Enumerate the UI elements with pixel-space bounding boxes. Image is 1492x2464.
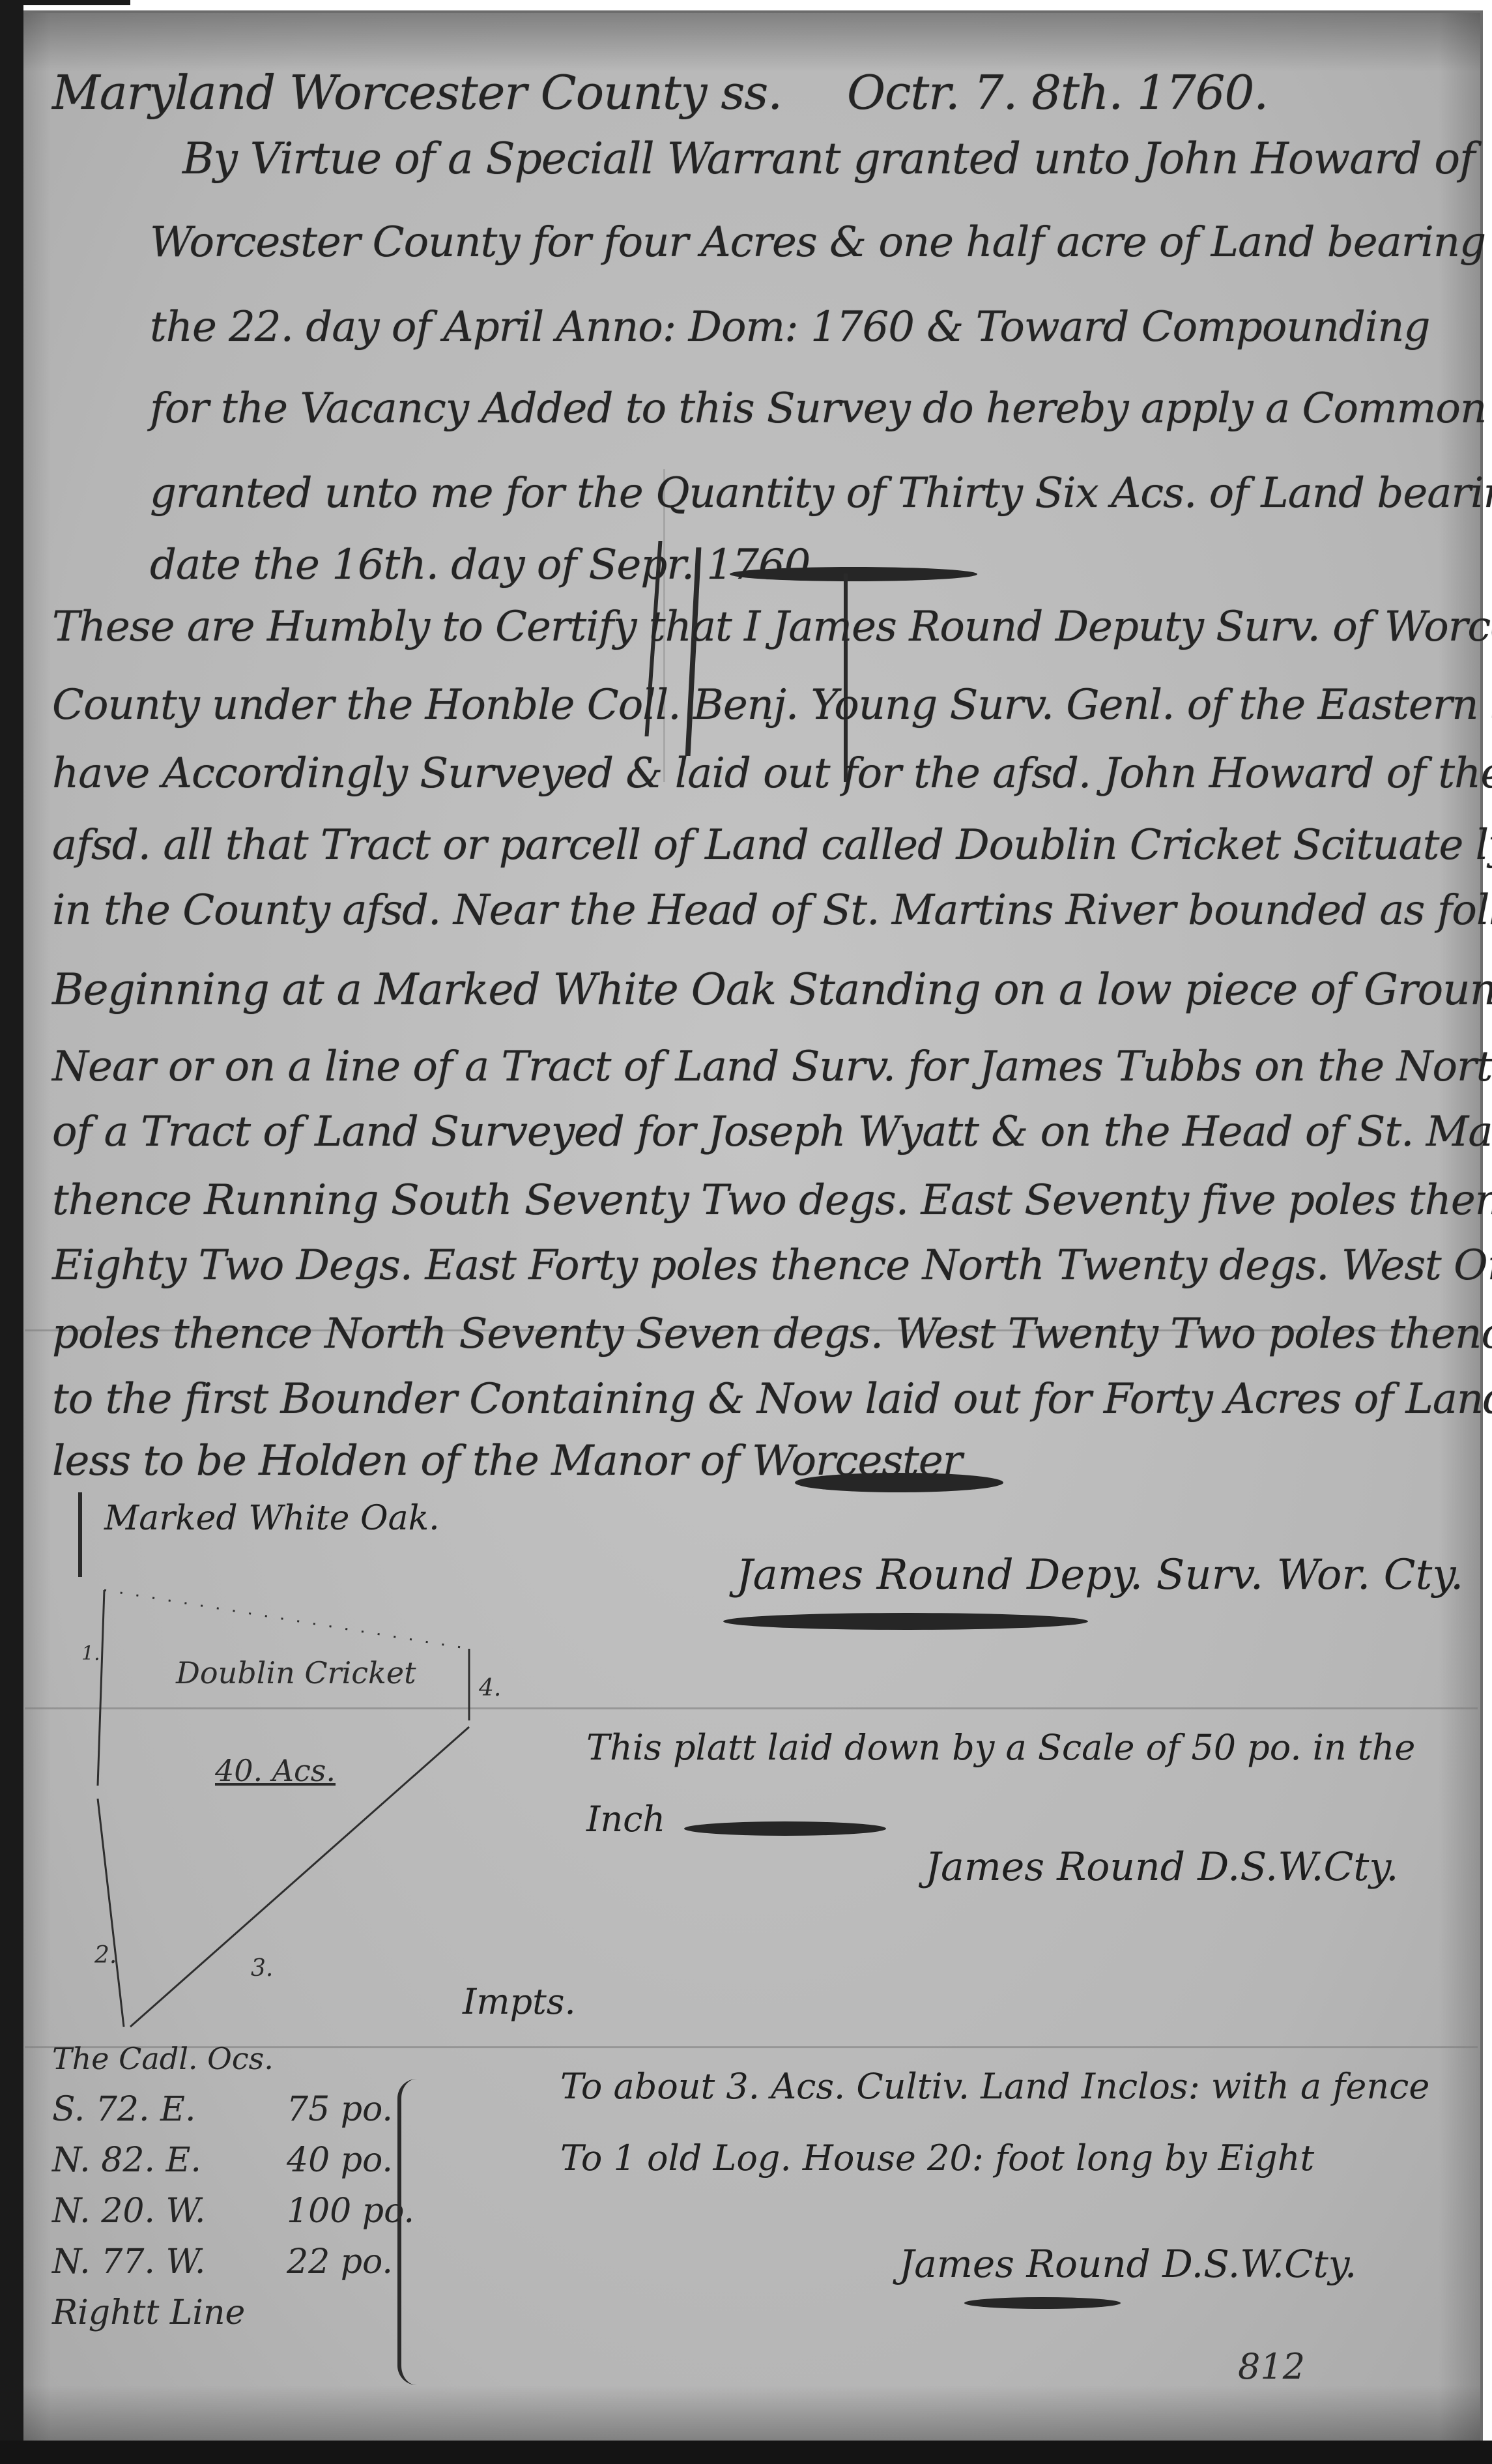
course-row: N. 20. W. 100 po.: [52, 2186, 443, 2237]
improvement-item: To 1 old Log. House 20: foot long by Eig…: [560, 2138, 1314, 2179]
plat-area-label: 40. Acs.: [215, 1753, 336, 1788]
body-line: Worcester County for four Acres & one ha…: [150, 218, 1492, 267]
courses-heading: The Cadl. Ocs.: [52, 2033, 443, 2084]
certification-line: Beginning at a Marked White Oak Standing…: [52, 964, 1492, 1015]
certification-line: have Accordingly Surveyed & laid out for…: [52, 749, 1492, 798]
plat-corner-1: 1.: [81, 1642, 100, 1665]
courses-table: The Cadl. Ocs. S. 72. E. 75 po. N. 82. E…: [52, 2033, 443, 2338]
plat-diagram: Doublin Cricket 40. Acs. 1. 2. 3. 4.: [78, 1577, 521, 2033]
certification-text: These are Humbly to Certify that I James…: [52, 603, 1492, 651]
courses-heading-text: The Cadl. Ocs.: [52, 2041, 274, 2076]
scan-edge-top: [0, 0, 130, 5]
course-direction: N. 82. E.: [52, 2141, 287, 2180]
course-closing: Rightt Line: [52, 2287, 443, 2338]
course-direction: N. 20. W.: [52, 2192, 287, 2231]
improvements-signature: James Round D.S.W.Cty.: [899, 2242, 1356, 2286]
course-direction: S. 72. E.: [52, 2090, 287, 2129]
certification-line: Eighty Two Degs. East Forty poles thence…: [52, 1241, 1492, 1290]
body-line: for the Vacancy Added to this Survey do …: [150, 384, 1492, 433]
improvements-heading: Impts.: [463, 1981, 576, 2022]
improvement-item: To about 3. Acs. Cultiv. Land Inclos: wi…: [560, 2066, 1429, 2107]
certification-line: poles thence North Seventy Seven degs. W…: [52, 1310, 1492, 1358]
ink-flourish: [795, 1473, 1003, 1492]
scale-note-line: This platt laid down by a Scale of 50 po…: [586, 1727, 1415, 1768]
body-line: granted unto me for the Quantity of Thir…: [150, 469, 1492, 517]
signature-flourish: [723, 1613, 1088, 1630]
body-line: the 22. day of April Anno: Dom: 1760 & T…: [150, 303, 1429, 351]
scan-edge-left: [0, 0, 23, 2464]
course-closing-text: Rightt Line: [52, 2293, 245, 2332]
certification-line: in the County afsd. Near the Head of St.…: [52, 886, 1492, 935]
course-row: S. 72. E. 75 po.: [52, 2084, 443, 2135]
tree-marker-icon: [78, 1492, 82, 1577]
certification-line: of a Tract of Land Surveyed for Joseph W…: [52, 1108, 1492, 1156]
plat-corner-2: 2.: [94, 1942, 117, 1969]
course-row: N. 82. E. 40 po.: [52, 2135, 443, 2186]
surveyor-signature: James Round Depy. Surv. Wor. Cty.: [736, 1551, 1463, 1599]
header-place: Maryland Worcester County: [52, 65, 706, 120]
certification-line: Near or on a line of a Tract of Land Sur…: [52, 1043, 1492, 1091]
document-header-place: Maryland Worcester County ss.: [52, 65, 782, 120]
marker-label: Marked White Oak.: [104, 1499, 440, 1538]
scan-edge-bottom: [0, 2441, 1492, 2464]
certification-line: afsd. all that Tract or parcell of Land …: [52, 821, 1492, 869]
scale-note-line: Inch: [586, 1799, 665, 1840]
certification-line: to the first Bounder Containing & Now la…: [52, 1375, 1492, 1423]
signature-flourish: [964, 2297, 1121, 2309]
header-abbrev: ss.: [721, 65, 782, 120]
body-line: By Virtue of a Speciall Warrant granted …: [182, 134, 1475, 184]
certification-line: These are Humbly to Certify that I James…: [52, 603, 1492, 651]
courses-brace: [397, 2079, 427, 2385]
ink-flourish: [684, 1821, 886, 1836]
plat-corner-4: 4.: [479, 1675, 501, 1702]
course-row: N. 77. W. 22 po.: [52, 2237, 443, 2287]
document-header-date: Octr. 7. 8th. 1760.: [847, 65, 1268, 120]
course-direction: N. 77. W.: [52, 2242, 287, 2282]
certification-line: County under the Honble Coll. Benj. Youn…: [52, 681, 1492, 729]
scan-frame: Maryland Worcester County ss. Octr. 7. 8…: [0, 0, 1492, 2464]
page-number: 812: [1238, 2346, 1305, 2387]
certification-line: thence Running South Seventy Two degs. E…: [52, 1176, 1492, 1225]
plat-boundary-lines: [78, 1577, 521, 2033]
plat-corner-3: 3.: [251, 1955, 273, 1982]
scale-signature: James Round D.S.W.Cty.: [925, 1844, 1399, 1890]
plat-tract-label: Doublin Cricket: [176, 1655, 416, 1690]
